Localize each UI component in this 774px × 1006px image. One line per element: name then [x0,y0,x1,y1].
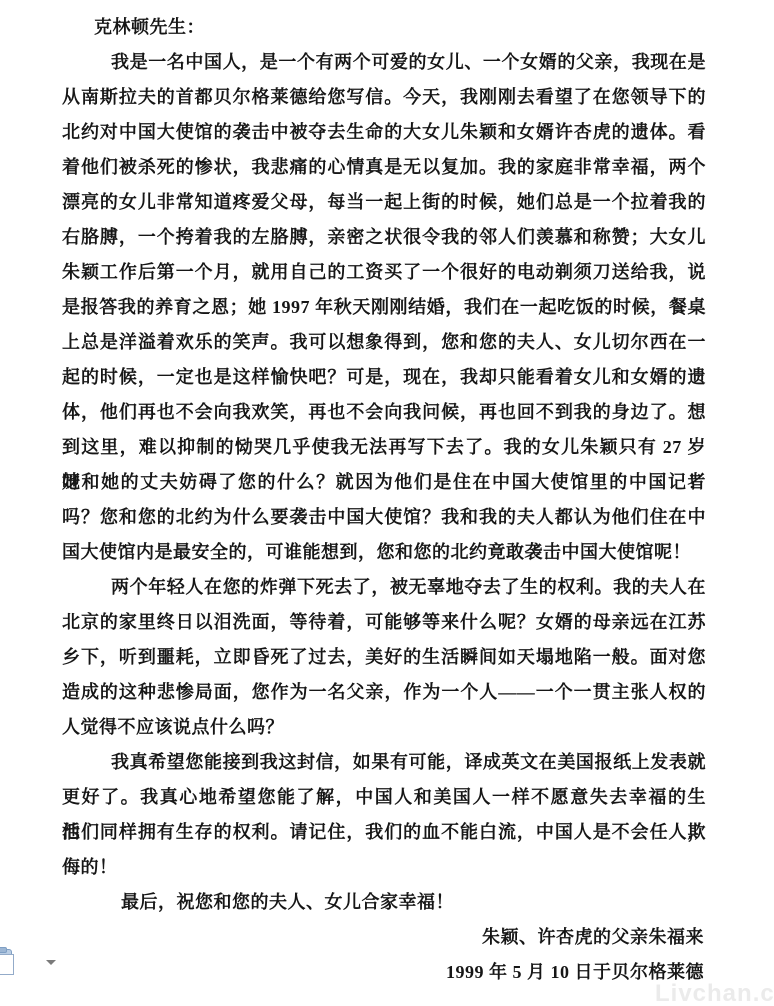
letter-line-body: 着他们被杀死的惨状，我悲痛的心情真是无以复加。我的家庭非常幸福，两个 [62,150,706,185]
letter-line-closing: 最后，祝您和您的夫人、女儿合家幸福！ [62,885,706,920]
letter-line-body: 更好了。我真心地希望您能了解，中国人和美国人一样不愿意失去幸福的生活， [62,780,706,815]
letter-line-para-first: 两个年轻人在您的炸弹下死去了，被无辜地夺去了生的权利。我的夫人在 [62,570,706,605]
letter-line-body: 造成的这种悲惨局面，您作为一名父亲，作为一个人——一个一贯主张人权的 [62,675,706,710]
clipboard-paste-icon [0,949,12,975]
letter-line-body: 体，他们再也不会向我欢笑，再也不会向我问候，再也回不到我的身边了。想 [62,395,706,430]
letter-line-date: 1999 年 5 月 10 日于贝尔格莱德 [62,955,706,990]
letter-line-body: 到这里，难以抑制的恸哭几乎使我无法再写下去了。我的女儿朱颖只有 27 岁呀！ [62,430,706,465]
letter-line-body: 是报答我的养育之恩；她 1997 年秋天刚刚结婚，我们在一起吃饭的时候，餐桌 [62,290,706,325]
letter-line-body: 右胳膊，一个挎着我的左胳膊，亲密之状很令我的邻人们羡慕和称赞；大女儿 [62,220,706,255]
letter-line-body: 她和她的丈夫妨碍了您的什么？就因为他们是住在中国大使馆里的中国记者 [62,465,706,500]
letter-line-body: 朱颖工作后第一个月，就用自己的工资买了一个很好的电动剃须刀送给我，说 [62,255,706,290]
letter-line-body: 起的时候，一定也是这样愉快吧？可是，现在，我却只能看着女儿和女婿的遗 [62,360,706,395]
letter-line-body: 从南斯拉夫的首都贝尔格莱德给您写信。今天，我刚刚去看望了在您领导下的 [62,80,706,115]
letter-line-para-end: 人觉得不应该说点什么吗？ [62,710,706,745]
letter-line-para-first: 我真希望您能接到我这封信，如果有可能，译成英文在美国报纸上发表就 [62,745,706,780]
letter-line-salutation: 克林顿先生： [62,10,706,45]
letter-line-body: 北京的家里终日以泪洗面，等待着，可能够等来什么呢？女婿的母亲远在江苏 [62,605,706,640]
letter-line-body: 吗？您和您的北约为什么要袭击中国大使馆？我和我的夫人都认为他们住在中 [62,500,706,535]
letter-line-body: 乡下，听到噩耗，立即昏死了过去，美好的生活瞬间如天塌地陷一般。面对您 [62,640,706,675]
letter-line-body: 北约对中国大使馆的袭击中被夺去生命的大女儿朱颖和女婿许杏虎的遗体。看 [62,115,706,150]
watermark-text: Livchan.cn [655,980,774,1006]
letter-line-body: 上总是洋溢着欢乐的笑声。我可以想象得到，您和您的夫人、女儿切尔西在一 [62,325,706,360]
paste-options-button[interactable] [0,947,17,975]
letter-line-body: 他们同样拥有生存的权利。请记住，我们的血不能白流，中国人是不会任人欺 [62,815,706,850]
document-page: 克林顿先生：我是一名中国人，是一个有两个可爱的女儿、一个女婿的父亲，我现在是从南… [0,0,774,1006]
letter-line-para-first: 我是一名中国人，是一个有两个可爱的女儿、一个女婿的父亲，我现在是 [62,45,706,80]
letter-line-body: 漂亮的女儿非常知道疼爱父母，每当一起上街的时候，她们总是一个拉着我的 [62,185,706,220]
letter-body: 克林顿先生：我是一名中国人，是一个有两个可爱的女儿、一个女婿的父亲，我现在是从南… [62,10,706,990]
letter-line-signature: 朱颖、许杏虎的父亲朱福来 [62,920,706,955]
letter-line-para-end: 侮的！ [62,850,706,885]
letter-line-para-end: 国大使馆内是最安全的，可谁能想到，您和您的北约竟敢袭击中国大使馆呢！ [62,535,706,570]
chevron-down-icon[interactable] [46,960,56,965]
